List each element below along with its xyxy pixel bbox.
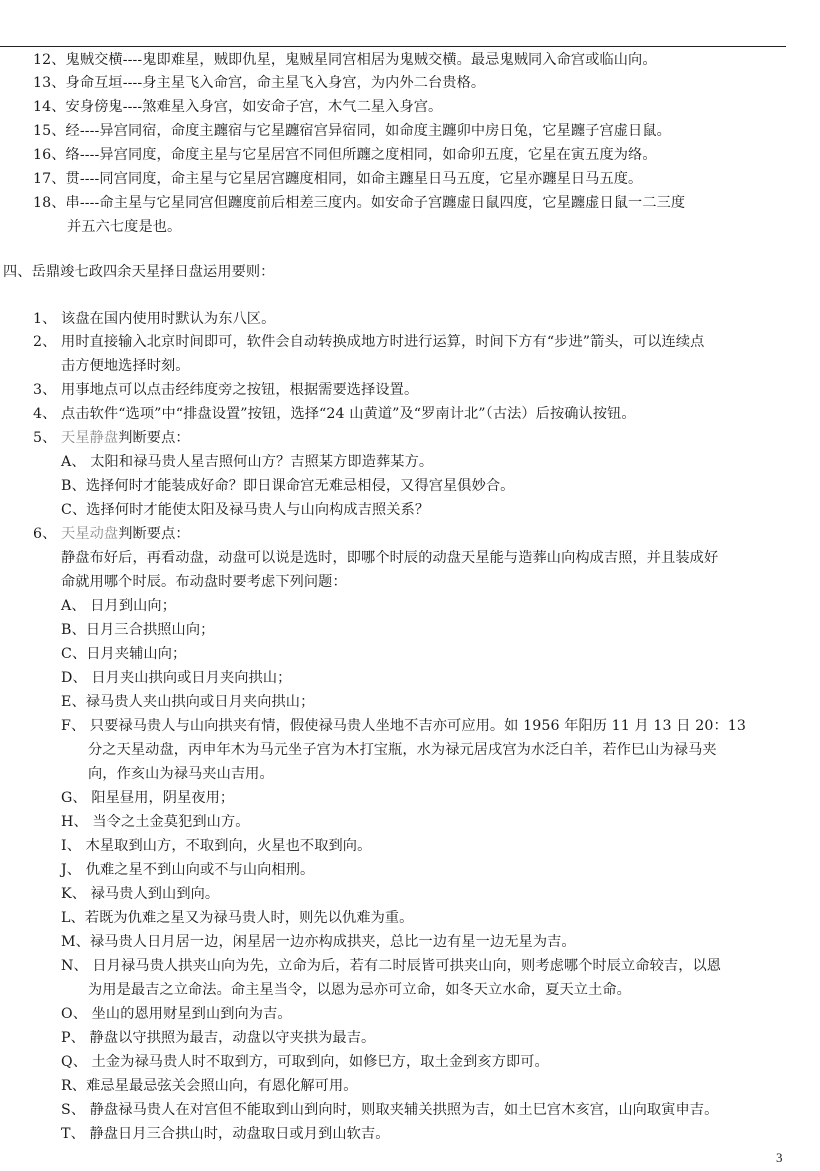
dynamic-point-p: P、 静盘以守拱照为最吉，动盘以守夹拱为最吉。 [61, 1028, 375, 1048]
rule-item-6: 6、 天星动盘判断要点： [33, 524, 190, 544]
dynamic-point-d: D、 日月夹山拱向或日月夹向拱山； [61, 668, 291, 688]
rule-item-2: 2、 用时直接输入北京时间即可，软件会自动转换成地方时进行运算，时间下方有“步进… [33, 332, 704, 352]
page-number: 3 [776, 1150, 783, 1166]
dynamic-point-o: O、 坐山的恩用财星到山到向为吉。 [61, 1004, 292, 1024]
dynamic-point-t: T、 静盘日月三合拱山时，动盘取日或月到山软吉。 [61, 1124, 390, 1144]
section-four-heading: 四、岳鼎竣七政四余天星择日盘运用要则： [3, 262, 274, 282]
dynamic-point-q: Q、 土金为禄马贵人时不取到方，可取到向，如修巳方，取土金到亥方即可。 [61, 1052, 549, 1072]
dynamic-point-g: G、 阳星昼用，阴星夜用； [61, 788, 234, 808]
dynamic-intro-line-2: 命就用哪个时辰。布动盘时要考虑下列问题： [61, 572, 347, 592]
rule-item-3: 3、 用事地点可以点击经纬度旁之按钮，根据需要选择设置。 [33, 380, 418, 400]
dynamic-point-e: E、禄马贵人夹山拱向或日月夹向拱山； [61, 692, 314, 712]
list-item-14: 14、安身傍鬼----煞难星入身宫，如安命子宫，木气二星入身宫。 [33, 97, 442, 117]
list-item-15: 15、经----异宫同宿，命度主躔宿与它星躔宿宫异宿同，如命度主躔卯中房日兔，它… [33, 121, 671, 141]
dynamic-point-j: J、 仇难之星不到山向或不与山向相刑。 [61, 860, 314, 880]
rule-item-2-continuation: 击方便地选择时刻。 [61, 356, 190, 376]
dynamic-point-r: R、难忌星最忌弦关会照山向，有恩化解可用。 [61, 1076, 358, 1096]
dynamic-point-n-line-2: 为用是最吉之立命法。命主星当令，以恩为忌亦可立命，如冬天立水命，夏天立土命。 [88, 980, 631, 1000]
list-item-18-continuation: 并五六七度是也。 [67, 217, 181, 237]
header-rule [0, 46, 786, 47]
static-point-a: A、 太阳和禄马贵人星吉照何山方？吉照某方即造葬某方。 [61, 452, 433, 472]
dynamic-chart-term: 天星动盘 [61, 526, 118, 542]
dynamic-point-k: K、 禄马贵人到山到向。 [61, 884, 219, 904]
dynamic-point-f-line-3: 向，作亥山为禄马夹山吉用。 [88, 764, 274, 784]
list-item-13: 13、身命互垣----身主星飞入命宫，命主星飞入身宫，为内外二台贵格。 [33, 73, 485, 93]
dynamic-point-m: M、禄马贵人日月居一边，闲星居一边亦构成拱夹，总比一边有星一边无星为吉。 [61, 932, 576, 952]
dynamic-point-b: B、日月三合拱照山向； [61, 620, 214, 640]
dynamic-point-l: L、若既为仇难之星又为禄马贵人时，则先以仇难为重。 [61, 908, 413, 928]
list-item-16: 16、络----异宫同度，命度主星与它星居宫不同但所躔之度相同，如命卯五度，它星… [33, 145, 657, 165]
rule-item-4: 4、 点击软件“选项”中“排盘设置”按钮，选择“24 山黄道”及“罗南计北”（古… [33, 404, 636, 424]
dynamic-intro-line-1: 静盘布好后，再看动盘，动盘可以说是选时，即哪个时辰的动盘天星能与造葬山向构成吉照… [61, 548, 718, 568]
dynamic-point-f-line-2: 分之天星动盘，丙申年木为马元坐子宫为木打宝瓶，水为禄元居戌宫为水泛白羊，若作巳山… [88, 740, 717, 760]
list-item-12: 12、鬼贼交横----鬼即难星，贼即仇星，鬼贼星同宫相居为鬼贼交横。最忌鬼贼同入… [33, 50, 657, 70]
dynamic-point-a: A、 日月到山向； [61, 596, 176, 616]
list-item-17: 17、贯----同宫同度，命主星与它星居宫躔度相同，如命主躔星日马五度，它星亦躔… [33, 169, 642, 189]
dynamic-point-i: I、 木星取到山方，不取到向，火星也不取到向。 [61, 836, 371, 856]
list-item-18: 18、串----命主星与它星同宫但躔度前后相差三度内。如安命子宫躔虚日鼠四度，它… [33, 193, 685, 213]
dynamic-point-c: C、日月夹辅山向； [61, 644, 186, 664]
dynamic-point-f: F、 只要禄马贵人与山向拱夹有情，假使禄马贵人坐地不吉亦可应用。如 1956 年… [61, 716, 746, 736]
static-chart-term: 天星静盘 [61, 430, 118, 446]
static-point-c: C、选择何时才能使太阳及禄马贵人与山向构成吉照关系？ [61, 500, 429, 520]
dynamic-point-h: H、 当令之土金莫犯到山方。 [61, 812, 250, 832]
rule-item-1: 1、 该盘在国内使用时默认为东八区。 [33, 309, 275, 329]
dynamic-point-n: N、 日月禄马贵人拱夹山向为先，立命为后，若有二时辰皆可拱夹山向，则考虑哪个时辰… [61, 956, 721, 976]
rule-item-5: 5、 天星静盘判断要点： [33, 428, 190, 448]
static-point-b: B、选择何时才能装成好命？即日课命宫无难忌相侵，又得宫星俱妙合。 [61, 476, 514, 496]
dynamic-point-s: S、 静盘禄马贵人在对宫但不能取到山到向时，则取夹辅关拱照为吉，如土巳宫木亥宫，… [61, 1100, 718, 1120]
